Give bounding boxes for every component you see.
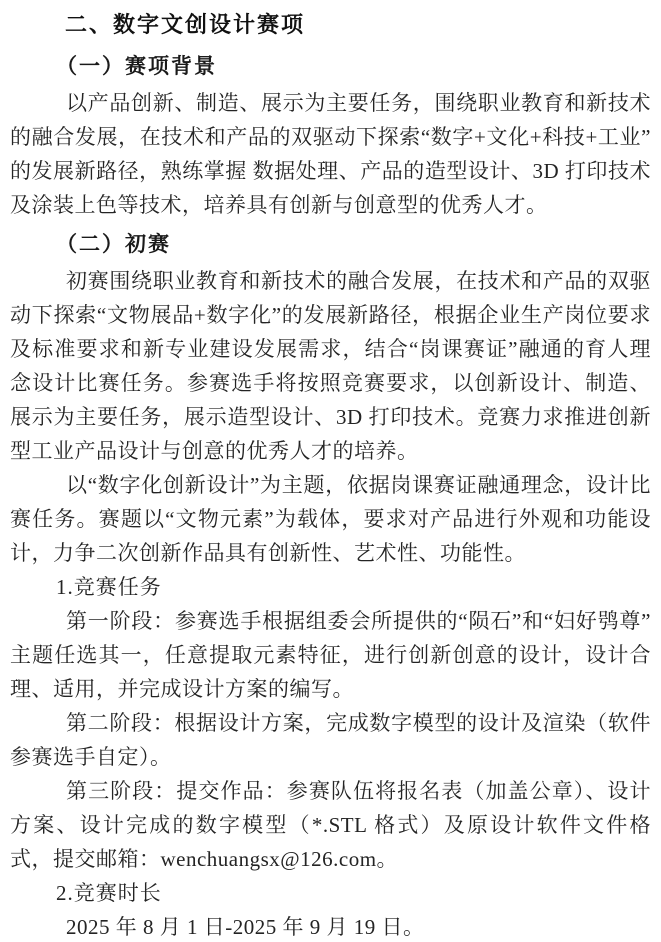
task-stage-1-paragraph: 第一阶段：参赛选手根据组委会所提供的“陨石”和“妇好鸮尊”主题任选其一，任意提取…	[10, 604, 651, 706]
subsection-duration-title: 2.竞赛时长	[10, 876, 651, 910]
subsection-task-title: 1.竞赛任务	[10, 570, 651, 604]
document-page: 二、数字文创设计赛项 （一）赛项背景 以产品创新、制造、展示为主要任务，围绕职业…	[0, 0, 661, 942]
section-preliminary-paragraph-1: 初赛围绕职业教育和新技术的融合发展，在技术和产品的双驱动下探索“文物展品+数字化…	[10, 264, 651, 468]
section-preliminary-paragraph-2: 以“数字化创新设计”为主题，依据岗课赛证融通理念，设计比赛任务。赛题以“文物元素…	[10, 468, 651, 570]
section-background-paragraph: 以产品创新、制造、展示为主要任务，围绕职业教育和新技术的融合发展，在技术和产品的…	[10, 86, 651, 222]
section-preliminary-title: （二）初赛	[10, 228, 651, 260]
main-heading: 二、数字文创设计赛项	[10, 10, 651, 40]
section-background-title: （一）赛项背景	[10, 50, 651, 82]
duration-date-paragraph: 2025 年 8 月 1 日-2025 年 9 月 19 日。	[10, 910, 651, 942]
task-stage-3-paragraph: 第三阶段：提交作品：参赛队伍将报名表（加盖公章）、设计方案、设计完成的数字模型（…	[10, 774, 651, 876]
task-stage-2-paragraph: 第二阶段：根据设计方案，完成数字模型的设计及渲染（软件参赛选手自定）。	[10, 706, 651, 774]
